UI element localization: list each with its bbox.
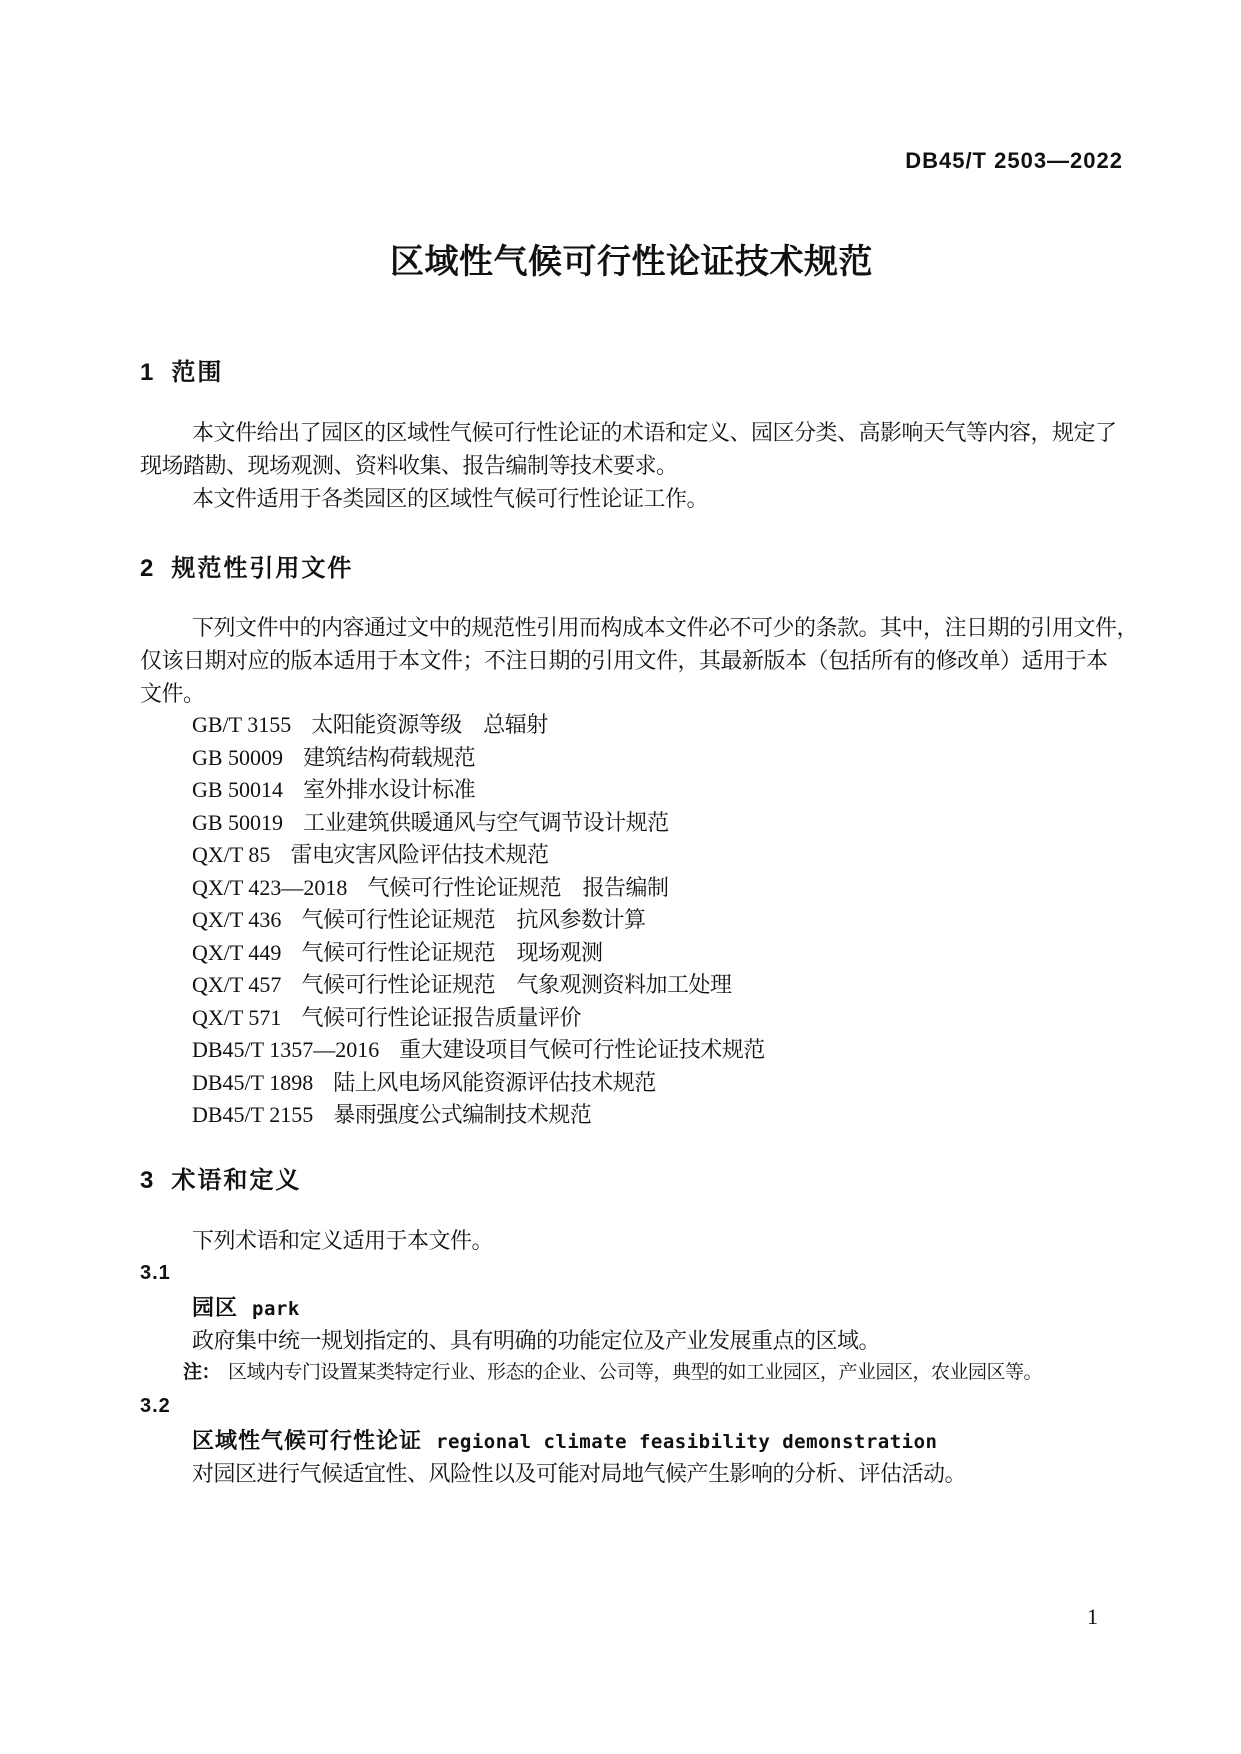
reference-item: GB 50014室外排水设计标准 [140, 774, 1123, 807]
reference-title: 暴雨强度公式编制技术规范 [333, 1102, 591, 1127]
terms-intro: 下列术语和定义适用于本文件。 [140, 1224, 1175, 1257]
reference-code: QX/T 423—2018 [192, 875, 347, 900]
reference-title: 工业建筑供暖通风与空气调节设计规范 [303, 810, 669, 835]
reference-code: QX/T 457 [192, 972, 281, 997]
term-name: 区域性气候可行性论证 [192, 1428, 422, 1453]
reference-title: 建筑结构荷载规范 [303, 745, 475, 770]
term-id: 3.1 [140, 1262, 1123, 1285]
reference-list: GB/T 3155太阳能资源等级 总辐射 GB 50009建筑结构荷载规范 GB… [140, 709, 1123, 1132]
note-label: 注： [183, 1362, 220, 1383]
reference-item: DB45/T 2155暴雨强度公式编制技术规范 [140, 1099, 1123, 1132]
reference-item: QX/T 457气候可行性论证规范 气象观测资料加工处理 [140, 969, 1123, 1002]
paragraph-line: 本文件给出了园区的区域性气候可行性论证的术语和定义、园区分类、高影响天气等内容，… [140, 416, 1123, 449]
term-entry: 园区park [140, 1291, 1175, 1322]
reference-code: QX/T 571 [192, 1005, 281, 1030]
paragraph-line: 本文件适用于各类园区的区域性气候可行性论证工作。 [140, 482, 1123, 515]
section1-heading: 1范围 [140, 352, 1123, 387]
doc-code: DB45/T 2503—2022 [140, 148, 1123, 174]
term-note: 注：区域内专门设置某类特定行业、形态的企业、公司等，典型的如工业园区，产业园区，… [140, 1357, 1166, 1384]
reference-code: GB 50014 [192, 777, 283, 802]
reference-item: QX/T 436气候可行性论证规范 抗风参数计算 [140, 904, 1123, 937]
paragraph-line: 文件。 [140, 677, 1123, 710]
reference-item: GB/T 3155太阳能资源等级 总辐射 [140, 709, 1123, 742]
reference-title: 气候可行性论证规范 报告编制 [367, 875, 668, 900]
section2-title: 规范性引用文件 [171, 555, 353, 582]
section1-title: 范围 [171, 359, 223, 386]
section3-number: 3 [140, 1167, 153, 1194]
reference-item: GB 50009建筑结构荷载规范 [140, 742, 1123, 775]
reference-code: QX/T 449 [192, 940, 281, 965]
section2-heading: 2规范性引用文件 [140, 548, 1123, 583]
reference-code: GB 50009 [192, 745, 283, 770]
reference-title: 气候可行性论证规范 现场观测 [301, 940, 602, 965]
section3-title: 术语和定义 [171, 1167, 301, 1194]
term-name: 园区 [192, 1295, 238, 1320]
reference-title: 太阳能资源等级 总辐射 [311, 712, 548, 737]
reference-code: DB45/T 1898 [192, 1070, 313, 1095]
reference-code: DB45/T 2155 [192, 1102, 313, 1127]
paragraph-line: 仅该日期对应的版本适用于本文件；不注日期的引用文件，其最新版本（包括所有的修改单… [140, 644, 1123, 677]
reference-item: QX/T 449气候可行性论证规范 现场观测 [140, 937, 1123, 970]
document-page: DB45/T 2503—2022 区域性气候可行性论证技术规范 1范围 本文件给… [0, 0, 1241, 1754]
term-id: 3.2 [140, 1395, 1123, 1418]
section1-paragraphs: 本文件给出了园区的区域性气候可行性论证的术语和定义、园区分类、高影响天气等内容，… [140, 416, 1123, 515]
reference-title: 气候可行性论证规范 气象观测资料加工处理 [301, 972, 731, 997]
page-title: 区域性气候可行性论证技术规范 [140, 234, 1123, 283]
reference-title: 气候可行性论证规范 抗风参数计算 [301, 907, 645, 932]
reference-item: GB 50019工业建筑供暖通风与空气调节设计规范 [140, 807, 1123, 840]
reference-title: 室外排水设计标准 [303, 777, 475, 802]
term-entry: 区域性气候可行性论证regional climate feasibility d… [140, 1424, 1175, 1455]
section2-number: 2 [140, 555, 153, 582]
section2-paragraphs: 下列文件中的内容通过文中的规范性引用而构成本文件必不可少的条款。其中，注日期的引… [140, 611, 1123, 710]
reference-code: QX/T 436 [192, 907, 281, 932]
reference-code: DB45/T 1357—2016 [192, 1037, 379, 1062]
section1-number: 1 [140, 359, 153, 386]
reference-code: GB 50019 [192, 810, 283, 835]
reference-title: 陆上风电场风能资源评估技术规范 [333, 1070, 656, 1095]
reference-item: QX/T 85雷电灾害风险评估技术规范 [140, 839, 1123, 872]
reference-code: QX/T 85 [192, 842, 270, 867]
term-definition: 对园区进行气候适宜性、风险性以及可能对局地气候产生影响的分析、评估活动。 [140, 1457, 1175, 1488]
reference-title: 重大建设项目气候可行性论证技术规范 [399, 1037, 765, 1062]
reference-item: QX/T 423—2018气候可行性论证规范 报告编制 [140, 872, 1123, 905]
paragraph-line: 下列文件中的内容通过文中的规范性引用而构成本文件必不可少的条款。其中，注日期的引… [140, 611, 1123, 644]
reference-item: QX/T 571气候可行性论证报告质量评价 [140, 1002, 1123, 1035]
paragraph-line: 现场踏勘、现场观测、资料收集、报告编制等技术要求。 [140, 449, 1123, 482]
note-text: 区域内专门设置某类特定行业、形态的企业、公司等，典型的如工业园区，产业园区，农业… [228, 1362, 1042, 1383]
term-definition: 政府集中统一规划指定的、具有明确的功能定位及产业发展重点的区域。 [140, 1324, 1175, 1355]
reference-title: 气候可行性论证报告质量评价 [301, 1005, 581, 1030]
section3-heading: 3术语和定义 [140, 1160, 1123, 1195]
term-english: regional climate feasibility demonstrati… [436, 1431, 937, 1453]
reference-code: GB/T 3155 [192, 712, 291, 737]
reference-item: DB45/T 1898陆上风电场风能资源评估技术规范 [140, 1067, 1123, 1100]
reference-item: DB45/T 1357—2016重大建设项目气候可行性论证技术规范 [140, 1034, 1123, 1067]
reference-title: 雷电灾害风险评估技术规范 [290, 842, 548, 867]
term-english: park [252, 1298, 300, 1320]
page-number: 1 [1087, 1604, 1098, 1630]
